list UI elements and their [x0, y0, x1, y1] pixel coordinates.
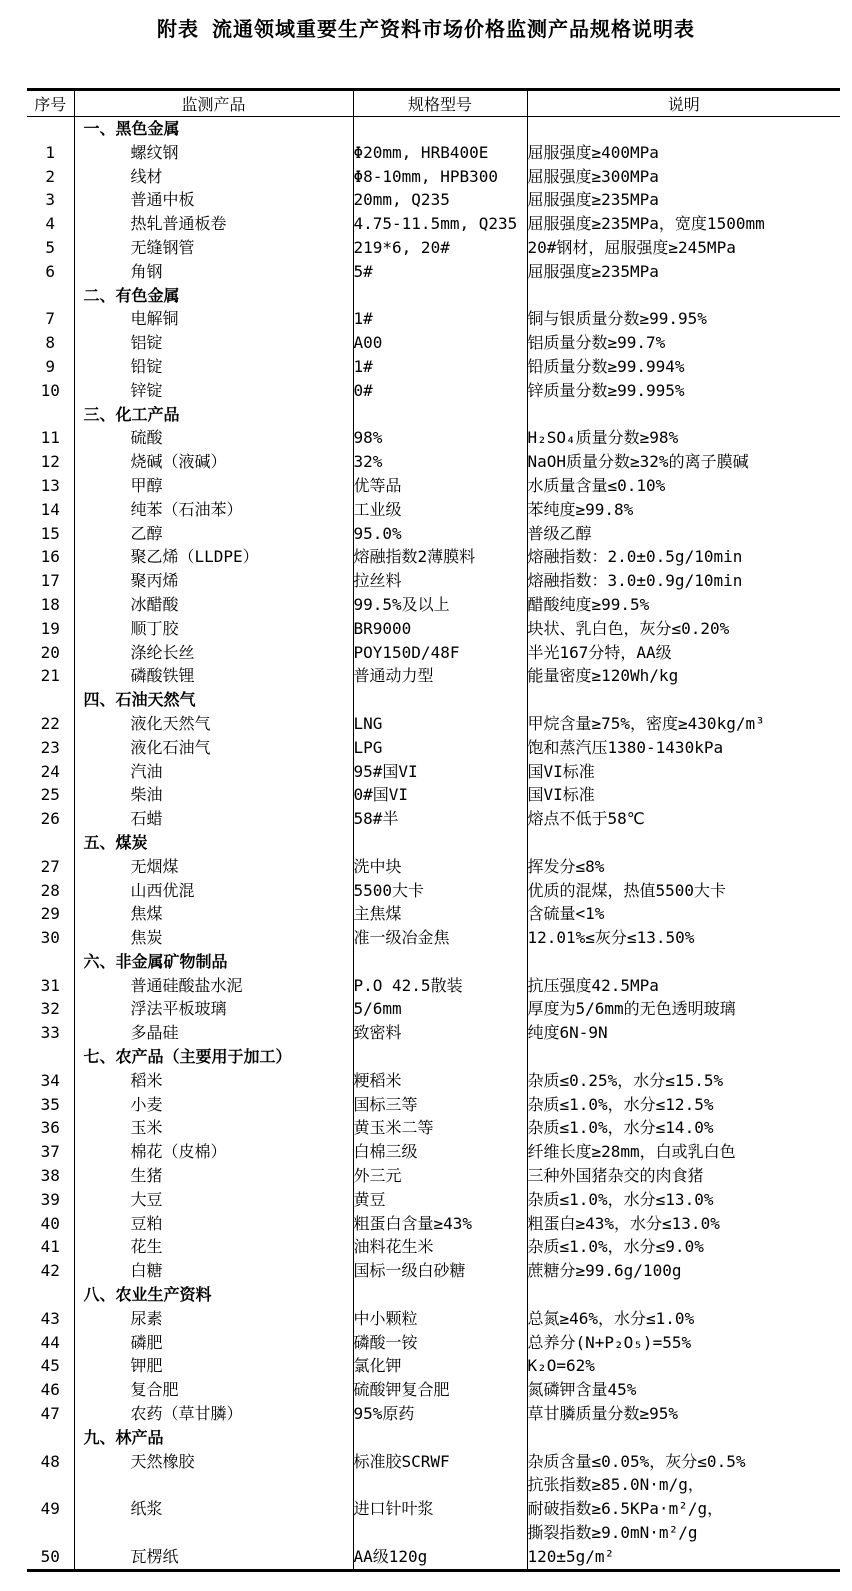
cell-serial: 36	[27, 1116, 74, 1140]
section-label: 八、农业生产资料	[74, 1283, 353, 1307]
cell-desc: 氮磷钾含量45%	[527, 1378, 840, 1402]
header-serial: 序号	[27, 90, 74, 117]
table-row: 25柴油0#国VI国VI标准	[27, 783, 840, 807]
cell-spec: 氯化钾	[353, 1354, 527, 1378]
cell-serial: 8	[27, 331, 74, 355]
cell-spec	[353, 688, 527, 712]
table-row: 5无缝钢管219*6, 20#20#钢材，屈服强度≥245MPa	[27, 236, 840, 260]
cell-desc: 熔点不低于58℃	[527, 807, 840, 831]
cell-desc	[527, 831, 840, 855]
cell-desc: 杂质含量≤0.05%，灰分≤0.5%	[527, 1450, 840, 1474]
table-row: 17聚丙烯拉丝料熔融指数：3.0±0.9g/10min	[27, 569, 840, 593]
cell-desc: 国VI标准	[527, 760, 840, 784]
section-label: 九、林产品	[74, 1426, 353, 1450]
cell-spec	[353, 831, 527, 855]
table-row: 39大豆黄豆杂质≤1.0%，水分≤13.0%	[27, 1188, 840, 1212]
cell-serial: 5	[27, 236, 74, 260]
cell-desc	[527, 950, 840, 974]
cell-spec: 工业级	[353, 498, 527, 522]
cell-serial: 47	[27, 1402, 74, 1426]
cell-spec: LNG	[353, 712, 527, 736]
cell-desc: NaOH质量分数≥32%的离子膜碱	[527, 450, 840, 474]
cell-serial: 49	[27, 1497, 74, 1521]
cell-serial	[27, 1045, 74, 1069]
cell-desc: 铅质量分数≥99.994%	[527, 355, 840, 379]
cell-serial: 22	[27, 712, 74, 736]
table-row: 10锌锭0#锌质量分数≥99.995%	[27, 379, 840, 403]
section-label: 二、有色金属	[74, 284, 353, 308]
cell-desc	[527, 1045, 840, 1069]
cell-product: 瓦楞纸	[74, 1545, 353, 1570]
cell-product: 液化石油气	[74, 736, 353, 760]
cell-desc: H₂SO₄质量分数≥98%	[527, 426, 840, 450]
table-row: 47农药（草甘膦）95%原药草甘膦质量分数≥95%	[27, 1402, 840, 1426]
table-row: 9铅锭1#铅质量分数≥99.994%	[27, 355, 840, 379]
cell-spec: 32%	[353, 450, 527, 474]
cell-desc: 挥发分≤8%	[527, 855, 840, 879]
section-label: 一、黑色金属	[74, 117, 353, 141]
cell-spec	[353, 1045, 527, 1069]
cell-desc: 铜与银质量分数≥99.95%	[527, 307, 840, 331]
cell-serial: 12	[27, 450, 74, 474]
table-row: 49纸浆进口针叶浆耐破指数≥6.5KPa·m²/g，	[27, 1497, 840, 1521]
cell-serial: 19	[27, 617, 74, 641]
cell-serial: 23	[27, 736, 74, 760]
header-product: 监测产品	[74, 90, 353, 117]
cell-spec: 粗蛋白含量≥43%	[353, 1212, 527, 1236]
cell-spec	[353, 284, 527, 308]
cell-product	[74, 1521, 353, 1545]
table-row: 32浮法平板玻璃5/6mm厚度为5/6mm的无色透明玻璃	[27, 997, 840, 1021]
table-row: 15乙醇95.0%普级乙醇	[27, 522, 840, 546]
header-desc: 说明	[527, 90, 840, 117]
cell-spec: POY150D/48F	[353, 641, 527, 665]
cell-desc: 饱和蒸汽压1380-1430kPa	[527, 736, 840, 760]
cell-product: 大豆	[74, 1188, 353, 1212]
table-row: 33多晶硅致密料纯度6N-9N	[27, 1021, 840, 1045]
cell-serial: 20	[27, 641, 74, 665]
cell-serial: 29	[27, 902, 74, 926]
cell-spec	[353, 1283, 527, 1307]
cell-product: 甲醇	[74, 474, 353, 498]
cell-serial: 45	[27, 1354, 74, 1378]
cell-desc: 醋酸纯度≥99.5%	[527, 593, 840, 617]
cell-serial: 42	[27, 1259, 74, 1283]
cell-spec: 95.0%	[353, 522, 527, 546]
cell-desc: 屈服强度≥235MPa	[527, 188, 840, 212]
table-row: 16聚乙烯（LLDPE）熔融指数2薄膜料熔融指数：2.0±0.5g/10min	[27, 545, 840, 569]
cell-spec: Φ20mm, HRB400E	[353, 141, 527, 165]
table-row: 6角钢5#屈服强度≥235MPa	[27, 260, 840, 284]
table-row: 4热轧普通板卷4.75-11.5mm, Q235屈服强度≥235MPa，宽度15…	[27, 212, 840, 236]
cell-product: 液化天然气	[74, 712, 353, 736]
cell-serial: 6	[27, 260, 74, 284]
cell-serial: 26	[27, 807, 74, 831]
cell-serial: 1	[27, 141, 74, 165]
cell-desc: 蔗糖分≥99.6g/100g	[527, 1259, 840, 1283]
cell-serial	[27, 1521, 74, 1545]
section-label: 七、农产品（主要用于加工）	[74, 1045, 353, 1069]
cell-product: 聚乙烯（LLDPE）	[74, 545, 353, 569]
cell-serial: 38	[27, 1164, 74, 1188]
cell-product: 普通硅酸盐水泥	[74, 974, 353, 998]
cell-serial: 16	[27, 545, 74, 569]
cell-desc: 撕裂指数≥9.0mN·m²/g	[527, 1521, 840, 1545]
table-row: 23液化石油气LPG饱和蒸汽压1380-1430kPa	[27, 736, 840, 760]
table-row: 撕裂指数≥9.0mN·m²/g	[27, 1521, 840, 1545]
cell-spec: 白棉三级	[353, 1140, 527, 1164]
cell-product: 乙醇	[74, 522, 353, 546]
table-row: 抗张指数≥85.0N·m/g，	[27, 1473, 840, 1497]
section-row: 七、农产品（主要用于加工）	[27, 1045, 840, 1069]
table-row: 14纯苯（石油苯）工业级苯纯度≥99.8%	[27, 498, 840, 522]
cell-desc: 水质量含量≤0.10%	[527, 474, 840, 498]
table-row: 12烧碱（液碱）32%NaOH质量分数≥32%的离子膜碱	[27, 450, 840, 474]
cell-desc: 纯度6N-9N	[527, 1021, 840, 1045]
header-spec: 规格型号	[353, 90, 527, 117]
cell-desc: 半光167分特，AA级	[527, 641, 840, 665]
cell-serial: 7	[27, 307, 74, 331]
cell-serial	[27, 688, 74, 712]
cell-spec	[353, 950, 527, 974]
table-row: 41花生油料花生米杂质≤1.0%，水分≤9.0%	[27, 1235, 840, 1259]
cell-serial: 13	[27, 474, 74, 498]
cell-spec: 1#	[353, 307, 527, 331]
cell-serial: 33	[27, 1021, 74, 1045]
cell-serial: 43	[27, 1307, 74, 1331]
cell-desc: 杂质≤1.0%，水分≤9.0%	[527, 1235, 840, 1259]
cell-spec: 黄玉米二等	[353, 1116, 527, 1140]
spec-table: 序号 监测产品 规格型号 说明 一、黑色金属1螺纹钢Φ20mm, HRB400E…	[27, 88, 840, 1572]
cell-spec: 致密料	[353, 1021, 527, 1045]
cell-desc: 屈服强度≥300MPa	[527, 165, 840, 189]
cell-product: 聚丙烯	[74, 569, 353, 593]
table-row: 27无烟煤洗中块挥发分≤8%	[27, 855, 840, 879]
cell-desc: 杂质≤1.0%，水分≤13.0%	[527, 1188, 840, 1212]
cell-desc	[527, 1283, 840, 1307]
section-row: 二、有色金属	[27, 284, 840, 308]
document-page: { "title": "附表 流通领域重要生产资料市场价格监测产品规格说明表",…	[0, 0, 852, 1591]
cell-spec: 5/6mm	[353, 997, 527, 1021]
cell-spec: 优等品	[353, 474, 527, 498]
cell-product: 浮法平板玻璃	[74, 997, 353, 1021]
cell-product: 普通中板	[74, 188, 353, 212]
cell-desc	[527, 117, 840, 141]
table-header-row: 序号 监测产品 规格型号 说明	[27, 90, 840, 117]
cell-product: 石蜡	[74, 807, 353, 831]
cell-serial: 35	[27, 1093, 74, 1117]
cell-spec: 拉丝料	[353, 569, 527, 593]
table-row: 34稻米粳稻米杂质≤0.25%，水分≤15.5%	[27, 1069, 840, 1093]
cell-product: 纸浆	[74, 1497, 353, 1521]
table-row: 28山西优混5500大卡优质的混煤，热值5500大卡	[27, 879, 840, 903]
cell-product: 山西优混	[74, 879, 353, 903]
cell-desc: 屈服强度≥400MPa	[527, 141, 840, 165]
table-row: 45钾肥氯化钾K₂O=62%	[27, 1354, 840, 1378]
cell-product: 棉花（皮棉）	[74, 1140, 353, 1164]
cell-product: 顺丁胶	[74, 617, 353, 641]
table-row: 42白糖国标一级白砂糖蔗糖分≥99.6g/100g	[27, 1259, 840, 1283]
cell-desc: 草甘膦质量分数≥95%	[527, 1402, 840, 1426]
table-row: 35小麦国标三等杂质≤1.0%，水分≤12.5%	[27, 1093, 840, 1117]
table-row: 22液化天然气LNG甲烷含量≥75%，密度≥430kg/m³	[27, 712, 840, 736]
cell-spec: 中小颗粒	[353, 1307, 527, 1331]
table-row: 21磷酸铁锂普通动力型能量密度≥120Wh/kg	[27, 664, 840, 688]
cell-serial	[27, 1426, 74, 1450]
cell-spec: 20mm, Q235	[353, 188, 527, 212]
cell-serial: 46	[27, 1378, 74, 1402]
cell-product: 磷酸铁锂	[74, 664, 353, 688]
cell-product: 生猪	[74, 1164, 353, 1188]
section-label: 六、非金属矿物制品	[74, 950, 353, 974]
cell-desc: 20#钢材，屈服强度≥245MPa	[527, 236, 840, 260]
cell-spec	[353, 117, 527, 141]
cell-serial: 24	[27, 760, 74, 784]
cell-spec: 油料花生米	[353, 1235, 527, 1259]
table-row: 46复合肥硫酸钾复合肥氮磷钾含量45%	[27, 1378, 840, 1402]
cell-serial	[27, 950, 74, 974]
cell-spec: 标准胶SCRWF	[353, 1450, 527, 1474]
cell-serial: 30	[27, 926, 74, 950]
cell-spec	[353, 1521, 527, 1545]
cell-desc: 铝质量分数≥99.7%	[527, 331, 840, 355]
cell-product: 汽油	[74, 760, 353, 784]
cell-product: 纯苯（石油苯）	[74, 498, 353, 522]
cell-product: 烧碱（液碱）	[74, 450, 353, 474]
cell-desc: 锌质量分数≥99.995%	[527, 379, 840, 403]
cell-product: 螺纹钢	[74, 141, 353, 165]
cell-spec: 国标一级白砂糖	[353, 1259, 527, 1283]
cell-spec: 黄豆	[353, 1188, 527, 1212]
section-row: 四、石油天然气	[27, 688, 840, 712]
table-row: 20涤纶长丝POY150D/48F半光167分特，AA级	[27, 641, 840, 665]
table-row: 3普通中板20mm, Q235屈服强度≥235MPa	[27, 188, 840, 212]
cell-desc: K₂O=62%	[527, 1354, 840, 1378]
cell-spec: 95%原药	[353, 1402, 527, 1426]
cell-serial: 37	[27, 1140, 74, 1164]
cell-product: 电解铜	[74, 307, 353, 331]
section-row: 九、林产品	[27, 1426, 840, 1450]
cell-product: 柴油	[74, 783, 353, 807]
cell-product: 焦炭	[74, 926, 353, 950]
cell-spec: 熔融指数2薄膜料	[353, 545, 527, 569]
cell-desc: 块状、乳白色，灰分≤0.20%	[527, 617, 840, 641]
cell-serial: 48	[27, 1450, 74, 1474]
table-row: 11硫酸98%H₂SO₄质量分数≥98%	[27, 426, 840, 450]
cell-product: 热轧普通板卷	[74, 212, 353, 236]
table-row: 8铝锭A00铝质量分数≥99.7%	[27, 331, 840, 355]
cell-desc: 屈服强度≥235MPa	[527, 260, 840, 284]
table-row: 19顺丁胶BR9000块状、乳白色，灰分≤0.20%	[27, 617, 840, 641]
cell-spec: 5#	[353, 260, 527, 284]
cell-serial: 39	[27, 1188, 74, 1212]
page-title: 附表 流通领域重要生产资料市场价格监测产品规格说明表	[0, 0, 852, 42]
table-row: 40豆粕粗蛋白含量≥43%粗蛋白≥43%，水分≤13.0%	[27, 1212, 840, 1236]
cell-spec: A00	[353, 331, 527, 355]
cell-desc: 120±5g/m²	[527, 1545, 840, 1570]
cell-product: 涤纶长丝	[74, 641, 353, 665]
cell-product: 磷肥	[74, 1331, 353, 1355]
cell-spec: 洗中块	[353, 855, 527, 879]
cell-serial: 40	[27, 1212, 74, 1236]
cell-product: 玉米	[74, 1116, 353, 1140]
cell-spec: 98%	[353, 426, 527, 450]
cell-desc: 苯纯度≥99.8%	[527, 498, 840, 522]
cell-serial: 21	[27, 664, 74, 688]
cell-desc	[527, 284, 840, 308]
cell-desc: 熔融指数：3.0±0.9g/10min	[527, 569, 840, 593]
section-label: 四、石油天然气	[74, 688, 353, 712]
cell-serial: 31	[27, 974, 74, 998]
cell-spec: 95#国VI	[353, 760, 527, 784]
cell-product: 豆粕	[74, 1212, 353, 1236]
cell-serial: 2	[27, 165, 74, 189]
cell-product: 天然橡胶	[74, 1450, 353, 1474]
cell-spec: P.O 42.5散装	[353, 974, 527, 998]
cell-desc: 优质的混煤，热值5500大卡	[527, 879, 840, 903]
cell-product: 焦煤	[74, 902, 353, 926]
cell-serial	[27, 831, 74, 855]
cell-desc: 总氮≥46%，水分≤1.0%	[527, 1307, 840, 1331]
cell-serial	[27, 1283, 74, 1307]
cell-spec	[353, 1473, 527, 1497]
cell-spec: 58#半	[353, 807, 527, 831]
table-row: 29焦煤主焦煤含硫量<1%	[27, 902, 840, 926]
cell-desc: 抗张指数≥85.0N·m/g，	[527, 1473, 840, 1497]
cell-serial	[27, 1473, 74, 1497]
cell-serial: 17	[27, 569, 74, 593]
cell-spec: 主焦煤	[353, 902, 527, 926]
cell-product: 尿素	[74, 1307, 353, 1331]
section-row: 五、煤炭	[27, 831, 840, 855]
section-row: 三、化工产品	[27, 403, 840, 427]
cell-spec: 硫酸钾复合肥	[353, 1378, 527, 1402]
cell-spec: BR9000	[353, 617, 527, 641]
cell-spec: 0#国VI	[353, 783, 527, 807]
cell-product: 花生	[74, 1235, 353, 1259]
cell-serial: 44	[27, 1331, 74, 1355]
cell-spec: 普通动力型	[353, 664, 527, 688]
cell-desc: 纤维长度≥28mm，白或乳白色	[527, 1140, 840, 1164]
cell-desc: 耐破指数≥6.5KPa·m²/g，	[527, 1497, 840, 1521]
cell-serial: 10	[27, 379, 74, 403]
table-row: 1螺纹钢Φ20mm, HRB400E屈服强度≥400MPa	[27, 141, 840, 165]
cell-desc: 总养分(N+P₂O₅)=55%	[527, 1331, 840, 1355]
cell-spec: 准一级冶金焦	[353, 926, 527, 950]
table-row: 48天然橡胶标准胶SCRWF杂质含量≤0.05%，灰分≤0.5%	[27, 1450, 840, 1474]
cell-serial: 41	[27, 1235, 74, 1259]
cell-product: 复合肥	[74, 1378, 353, 1402]
cell-serial	[27, 284, 74, 308]
cell-desc: 厚度为5/6mm的无色透明玻璃	[527, 997, 840, 1021]
cell-desc: 普级乙醇	[527, 522, 840, 546]
table-row: 36玉米黄玉米二等杂质≤1.0%，水分≤14.0%	[27, 1116, 840, 1140]
cell-serial: 34	[27, 1069, 74, 1093]
cell-serial: 50	[27, 1545, 74, 1570]
cell-serial: 11	[27, 426, 74, 450]
table-row: 30焦炭准一级冶金焦12.01%≤灰分≤13.50%	[27, 926, 840, 950]
cell-desc	[527, 403, 840, 427]
cell-serial: 32	[27, 997, 74, 1021]
cell-serial	[27, 117, 74, 141]
cell-desc: 甲烷含量≥75%，密度≥430kg/m³	[527, 712, 840, 736]
cell-desc	[527, 688, 840, 712]
cell-product: 稻米	[74, 1069, 353, 1093]
cell-product: 无缝钢管	[74, 236, 353, 260]
cell-product: 硫酸	[74, 426, 353, 450]
cell-desc: 抗压强度42.5MPa	[527, 974, 840, 998]
cell-product: 农药（草甘膦）	[74, 1402, 353, 1426]
cell-product: 铝锭	[74, 331, 353, 355]
cell-spec: 99.5%及以上	[353, 593, 527, 617]
table-row: 38生猪外三元三种外国猪杂交的肉食猪	[27, 1164, 840, 1188]
cell-serial: 3	[27, 188, 74, 212]
section-row: 八、农业生产资料	[27, 1283, 840, 1307]
cell-spec: 磷酸一铵	[353, 1331, 527, 1355]
cell-product: 钾肥	[74, 1354, 353, 1378]
cell-spec: 0#	[353, 379, 527, 403]
table-row: 2线材Φ8-10mm, HPB300屈服强度≥300MPa	[27, 165, 840, 189]
cell-desc: 杂质≤1.0%，水分≤12.5%	[527, 1093, 840, 1117]
cell-spec: 粳稻米	[353, 1069, 527, 1093]
cell-product: 锌锭	[74, 379, 353, 403]
cell-serial: 25	[27, 783, 74, 807]
cell-product: 小麦	[74, 1093, 353, 1117]
cell-product: 角钢	[74, 260, 353, 284]
cell-spec: 外三元	[353, 1164, 527, 1188]
cell-desc: 熔融指数：2.0±0.5g/10min	[527, 545, 840, 569]
cell-desc: 能量密度≥120Wh/kg	[527, 664, 840, 688]
cell-spec	[353, 403, 527, 427]
cell-desc: 12.01%≤灰分≤13.50%	[527, 926, 840, 950]
cell-desc: 杂质≤1.0%，水分≤14.0%	[527, 1116, 840, 1140]
cell-product: 冰醋酸	[74, 593, 353, 617]
cell-spec	[353, 1426, 527, 1450]
section-label: 五、煤炭	[74, 831, 353, 855]
cell-product: 线材	[74, 165, 353, 189]
cell-serial: 28	[27, 879, 74, 903]
table-row: 18冰醋酸99.5%及以上醋酸纯度≥99.5%	[27, 593, 840, 617]
cell-desc: 屈服强度≥235MPa，宽度1500mm	[527, 212, 840, 236]
cell-spec: 国标三等	[353, 1093, 527, 1117]
table-row: 26石蜡58#半熔点不低于58℃	[27, 807, 840, 831]
table-row: 24汽油95#国VI国VI标准	[27, 760, 840, 784]
section-label: 三、化工产品	[74, 403, 353, 427]
cell-spec: AA级120g	[353, 1545, 527, 1570]
section-row: 六、非金属矿物制品	[27, 950, 840, 974]
cell-serial	[27, 403, 74, 427]
section-row: 一、黑色金属	[27, 117, 840, 141]
cell-product: 无烟煤	[74, 855, 353, 879]
cell-serial: 9	[27, 355, 74, 379]
cell-product: 铅锭	[74, 355, 353, 379]
table-row: 43尿素中小颗粒总氮≥46%，水分≤1.0%	[27, 1307, 840, 1331]
table-row: 50瓦楞纸AA级120g120±5g/m²	[27, 1545, 840, 1570]
table-row: 13甲醇优等品水质量含量≤0.10%	[27, 474, 840, 498]
cell-product: 多晶硅	[74, 1021, 353, 1045]
cell-spec: 1#	[353, 355, 527, 379]
cell-serial: 27	[27, 855, 74, 879]
cell-desc: 杂质≤0.25%，水分≤15.5%	[527, 1069, 840, 1093]
cell-serial: 18	[27, 593, 74, 617]
cell-spec: 219*6, 20#	[353, 236, 527, 260]
cell-spec: Φ8-10mm, HPB300	[353, 165, 527, 189]
cell-product: 白糖	[74, 1259, 353, 1283]
cell-desc: 粗蛋白≥43%，水分≤13.0%	[527, 1212, 840, 1236]
cell-serial: 4	[27, 212, 74, 236]
cell-spec: LPG	[353, 736, 527, 760]
cell-desc: 三种外国猪杂交的肉食猪	[527, 1164, 840, 1188]
